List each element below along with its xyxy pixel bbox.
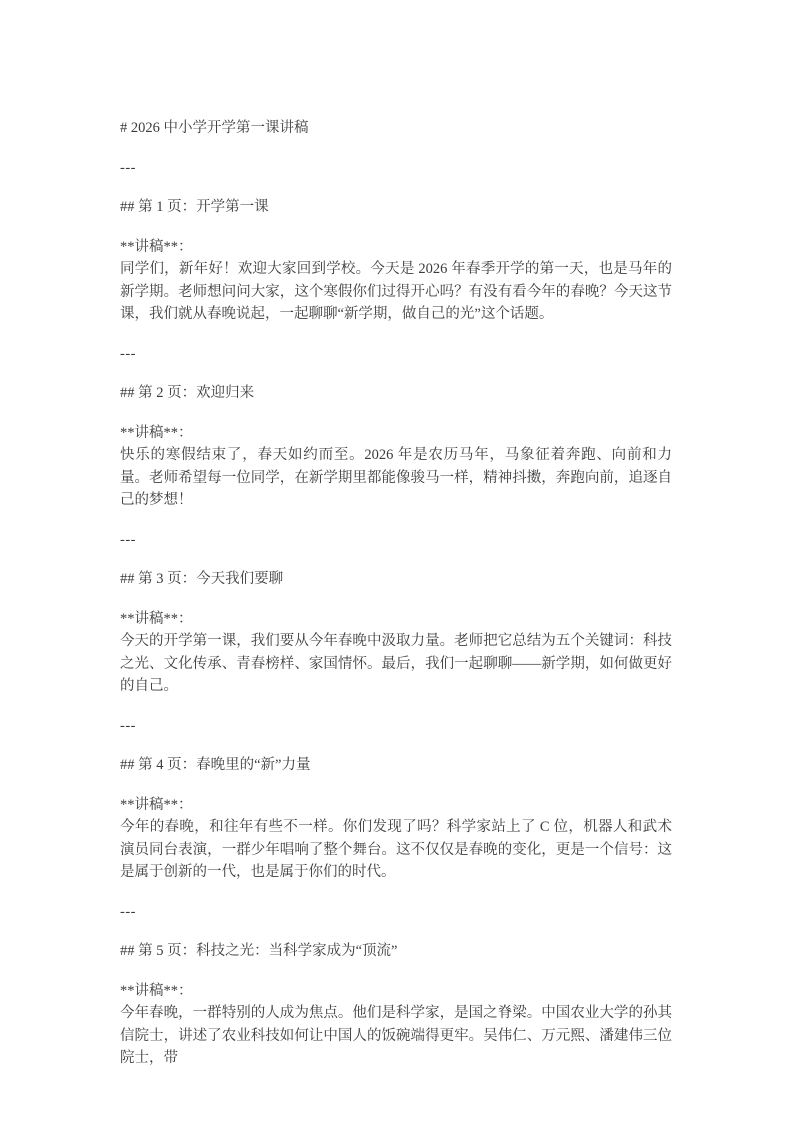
- section-4: --- ## 第 4 页：春晚里的“新”力量 **讲稿**： 今年的春晚，和往年…: [120, 715, 672, 884]
- section-body: 今年春晚，一群特别的人成为焦点。他们是科学家，是国之脊梁。中国农业大学的孙其信院…: [120, 1002, 672, 1070]
- document-page: # 2026 中小学开学第一课讲稿 --- ## 第 1 页：开学第一课 **讲…: [0, 0, 793, 1122]
- script-label: **讲稿**：: [120, 422, 672, 445]
- section-content: **讲稿**： 快乐的寒假结束了，春天如约而至。2026 年是农历马年，马象征着…: [120, 422, 672, 512]
- script-label: **讲稿**：: [120, 608, 672, 631]
- section-content: **讲稿**： 今天的开学第一课，我们要从今年春晚中汲取力量。老师把它总结为五个…: [120, 608, 672, 698]
- section-heading: ## 第 4 页：春晚里的“新”力量: [120, 754, 672, 777]
- section-2: --- ## 第 2 页：欢迎归来 **讲稿**： 快乐的寒假结束了，春天如约而…: [120, 343, 672, 512]
- section-heading: ## 第 1 页：开学第一课: [120, 196, 672, 219]
- section-body: 快乐的寒假结束了，春天如约而至。2026 年是农历马年，马象征着奔跑、向前和力量…: [120, 444, 672, 512]
- divider: ---: [120, 343, 672, 366]
- section-heading: ## 第 3 页：今天我们要聊: [120, 568, 672, 591]
- section-body: 同学们，新年好！欢迎大家回到学校。今天是 2026 年春季开学的第一天，也是马年…: [120, 258, 672, 326]
- divider: ---: [120, 715, 672, 738]
- section-content: **讲稿**： 今年春晚，一群特别的人成为焦点。他们是科学家，是国之脊梁。中国农…: [120, 980, 672, 1070]
- section-5: --- ## 第 5 页：科技之光：当科学家成为“顶流” **讲稿**： 今年春…: [120, 901, 672, 1070]
- section-body: 今天的开学第一课，我们要从今年春晚中汲取力量。老师把它总结为五个关键词：科技之光…: [120, 630, 672, 698]
- divider: ---: [120, 901, 672, 924]
- section-1: --- ## 第 1 页：开学第一课 **讲稿**： 同学们，新年好！欢迎大家回…: [120, 157, 672, 326]
- section-content: **讲稿**： 同学们，新年好！欢迎大家回到学校。今天是 2026 年春季开学的…: [120, 236, 672, 326]
- section-heading: ## 第 2 页：欢迎归来: [120, 382, 672, 405]
- section-body: 今年的春晚，和往年有些不一样。你们发现了吗？科学家站上了 C 位，机器人和武术演…: [120, 816, 672, 884]
- divider: ---: [120, 529, 672, 552]
- document-title: # 2026 中小学开学第一课讲稿: [120, 117, 672, 140]
- script-label: **讲稿**：: [120, 236, 672, 259]
- section-heading: ## 第 5 页：科技之光：当科学家成为“顶流”: [120, 940, 672, 963]
- section-3: --- ## 第 3 页：今天我们要聊 **讲稿**： 今天的开学第一课，我们要…: [120, 529, 672, 698]
- section-content: **讲稿**： 今年的春晚，和往年有些不一样。你们发现了吗？科学家站上了 C 位…: [120, 794, 672, 884]
- script-label: **讲稿**：: [120, 794, 672, 817]
- script-label: **讲稿**：: [120, 980, 672, 1003]
- divider: ---: [120, 157, 672, 180]
